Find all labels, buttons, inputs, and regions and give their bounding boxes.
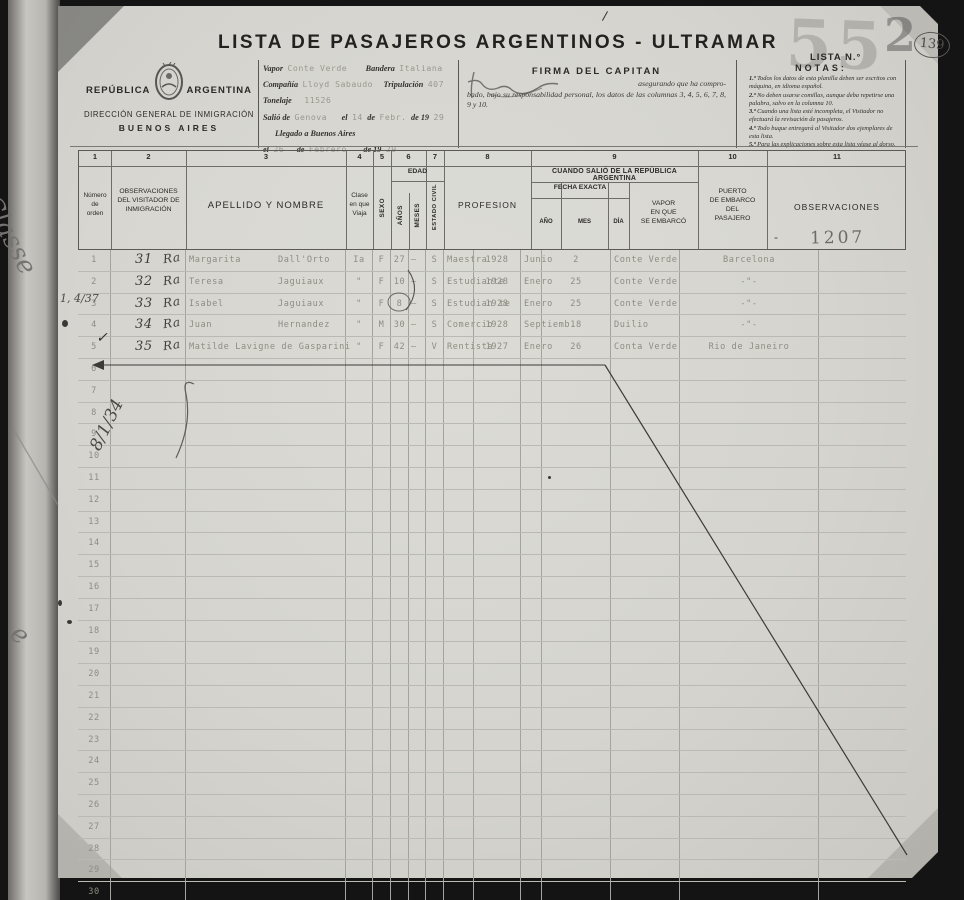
table-row: 13 xyxy=(78,512,906,534)
civil-state-cell xyxy=(425,359,443,380)
ink-blot xyxy=(62,320,68,327)
departure-month-cell xyxy=(520,468,541,489)
departure-vapor-cell xyxy=(610,686,679,707)
profession-cell xyxy=(443,446,473,467)
age-months-cell xyxy=(408,817,425,838)
col7-header: ESTADO CIVIL xyxy=(426,166,444,249)
visitor-initials: Ra xyxy=(162,312,182,335)
departure-vapor-cell: Conte Verde xyxy=(610,250,679,271)
departure-month-cell: Enero xyxy=(520,272,541,293)
visitor-note-number: 31 xyxy=(135,250,153,271)
row-number-cell: 29 xyxy=(78,860,110,881)
column-number: 9 xyxy=(531,152,698,161)
departure-month-cell xyxy=(520,664,541,685)
city-label: BUENOS AIRES xyxy=(80,123,258,133)
departure-day-cell xyxy=(541,817,610,838)
embark-port-cell xyxy=(679,359,819,380)
visitor-observation-cell: 32Ra xyxy=(110,272,185,293)
departure-year-cell: 1928 xyxy=(473,315,520,336)
age-years-cell: 8 xyxy=(390,294,408,315)
departure-year-cell: 1928 xyxy=(473,250,520,271)
sex-cell xyxy=(372,512,390,533)
anos-header: AÑOS xyxy=(391,182,409,249)
age-months-cell: – xyxy=(408,315,425,336)
sex-cell xyxy=(372,642,390,663)
civil-state-cell xyxy=(425,577,443,598)
profession-cell xyxy=(443,621,473,642)
row-number-cell: 1 xyxy=(78,250,110,271)
visitor-observation-cell xyxy=(110,381,185,402)
age-years-cell xyxy=(390,730,408,751)
table-rows: 131RaMargaritaDall'OrtoIaF27–SMaestra192… xyxy=(78,250,906,900)
name-cell xyxy=(185,642,345,663)
visitor-initials: Ra xyxy=(162,269,182,292)
table-row: 14 xyxy=(78,533,906,555)
departure-year-cell xyxy=(473,512,520,533)
civil-state-cell: S xyxy=(425,294,443,315)
nota-item: 1.ª Todos los datos de esta planilla deb… xyxy=(749,75,902,92)
age-months-cell xyxy=(408,359,425,380)
age-months-cell xyxy=(408,446,425,467)
col2-header: OBSERVACIONESDEL VISITADOR DEINMIGRACIÓN xyxy=(111,187,186,214)
column-number: 10 xyxy=(698,152,767,161)
departure-vapor-cell xyxy=(610,839,679,860)
visitor-initials: Ra xyxy=(162,290,182,313)
departure-year-cell xyxy=(473,446,520,467)
departure-day-cell: 25 xyxy=(541,294,610,315)
row-number-cell: 15 xyxy=(78,555,110,576)
profession-cell xyxy=(443,882,473,900)
table-row: 16 xyxy=(78,577,906,599)
previous-page-edge xyxy=(8,0,60,900)
row5-checkmark: ✓ xyxy=(96,330,108,346)
el-label: el xyxy=(342,113,348,122)
class-cell xyxy=(345,424,372,445)
civil-state-cell xyxy=(425,773,443,794)
embark-port-cell xyxy=(679,381,819,402)
class-cell xyxy=(345,882,372,900)
civil-state-cell xyxy=(425,446,443,467)
class-cell xyxy=(345,795,372,816)
nota-item: 3.ª Cuando una lista esté incompleta, el… xyxy=(749,108,902,125)
class-cell xyxy=(345,512,372,533)
column-number: 8 xyxy=(444,152,531,161)
age-months-cell xyxy=(408,555,425,576)
departure-day-cell xyxy=(541,424,610,445)
departure-vapor-cell xyxy=(610,860,679,881)
row-number-cell: 26 xyxy=(78,795,110,816)
civil-state-cell xyxy=(425,817,443,838)
ink-speck xyxy=(67,620,72,624)
mes-header: MES xyxy=(561,219,608,225)
age-months-cell xyxy=(408,468,425,489)
embark-port-cell: -"- xyxy=(679,315,819,336)
table-row: 23 xyxy=(78,730,906,752)
departure-year-cell xyxy=(473,730,520,751)
visitor-observation-cell xyxy=(110,860,185,881)
departure-month-cell xyxy=(520,860,541,881)
table-row: 19 xyxy=(78,642,906,664)
class-cell xyxy=(345,599,372,620)
profession-cell: Estudiante xyxy=(443,272,473,293)
sex-cell: F xyxy=(372,272,390,293)
departure-day-cell xyxy=(541,708,610,729)
row-number-cell: 24 xyxy=(78,751,110,772)
table-row: 131RaMargaritaDall'OrtoIaF27–SMaestra192… xyxy=(78,250,906,272)
age-months-cell xyxy=(408,882,425,900)
table-row: 434RaJuanHernandez"M30–SComercio1928Sept… xyxy=(78,315,906,337)
departure-day-cell xyxy=(541,730,610,751)
col8-header: PROFESION xyxy=(444,201,531,210)
embark-port-cell xyxy=(679,490,819,511)
departure-year-cell xyxy=(473,424,520,445)
sex-cell xyxy=(372,795,390,816)
tripulacion-value: 407 xyxy=(428,79,444,89)
name-cell xyxy=(185,708,345,729)
visitor-observation-cell xyxy=(110,751,185,772)
ship-info-box: Vapor Conte Verde Bandera Italiana Compa… xyxy=(258,60,456,148)
civil-state-cell xyxy=(425,882,443,900)
class-cell xyxy=(345,686,372,707)
civil-state-cell xyxy=(425,599,443,620)
sex-cell: F xyxy=(372,294,390,315)
tonelaje-label: Tonelaje xyxy=(263,96,292,105)
col5-header: SEXO xyxy=(373,166,391,249)
age-years-cell xyxy=(390,403,408,424)
embark-port-cell xyxy=(679,446,819,467)
visitor-initials: Ra xyxy=(162,334,182,357)
age-months-cell xyxy=(408,577,425,598)
name-cell xyxy=(185,446,345,467)
given-name: Isabel xyxy=(189,299,224,309)
republica-label: REPÚBLICA xyxy=(86,85,150,96)
visitor-observation-cell xyxy=(110,555,185,576)
age-years-cell xyxy=(390,359,408,380)
departure-day-cell xyxy=(541,839,610,860)
table-row: 8 xyxy=(78,403,906,425)
visitor-observation-cell xyxy=(110,773,185,794)
name-cell xyxy=(185,860,345,881)
visitor-observation-cell xyxy=(110,730,185,751)
row-number-cell: 20 xyxy=(78,664,110,685)
salio-month: Febr. xyxy=(379,112,406,122)
sex-cell xyxy=(372,599,390,620)
profession-cell: Estudian te xyxy=(443,294,473,315)
civil-state-cell xyxy=(425,468,443,489)
departure-month-cell xyxy=(520,795,541,816)
row-number-cell: 12 xyxy=(78,490,110,511)
departure-month-cell xyxy=(520,686,541,707)
visitor-observation-cell xyxy=(110,424,185,445)
departure-month-cell xyxy=(520,403,541,424)
civil-state-cell xyxy=(425,642,443,663)
departure-vapor-cell xyxy=(610,577,679,598)
departure-vapor-cell xyxy=(610,490,679,511)
given-name: Teresa xyxy=(189,277,224,287)
civil-state-cell: S xyxy=(425,315,443,336)
departure-day-cell xyxy=(541,359,610,380)
table-header: 1234567891011NúmerodeordenOBSERVACIONESD… xyxy=(78,150,906,250)
departure-vapor-cell xyxy=(610,642,679,663)
column-number: 4 xyxy=(346,152,373,161)
row-number-cell: 21 xyxy=(78,686,110,707)
profession-cell xyxy=(443,468,473,489)
embark-port-cell xyxy=(679,839,819,860)
departure-vapor-cell: Conte Verde xyxy=(610,272,679,293)
tonelaje-value: 11526 xyxy=(304,95,331,105)
obs-pen-dash: - xyxy=(774,230,778,244)
table-row: 29 xyxy=(78,860,906,882)
departure-month-cell xyxy=(520,599,541,620)
visitor-initials: Ra xyxy=(162,247,182,270)
embark-port-cell: Barcelona xyxy=(679,250,819,271)
name-cell xyxy=(185,773,345,794)
notas-title: NOTAS: xyxy=(737,63,905,73)
departure-year-cell xyxy=(473,642,520,663)
row-number-cell: 30 xyxy=(78,882,110,900)
civil-state-cell xyxy=(425,490,443,511)
profession-cell xyxy=(443,839,473,860)
given-name: Margarita xyxy=(189,255,241,265)
name-cell xyxy=(185,730,345,751)
col9-group-header: CUANDO SALIÓ DE LA REPÚBLICA ARGENTINA xyxy=(531,168,698,183)
sex-cell xyxy=(372,664,390,685)
visitor-observation-cell xyxy=(110,533,185,554)
age-months-cell xyxy=(408,490,425,511)
visitor-observation-cell xyxy=(110,490,185,511)
departure-month-cell xyxy=(520,424,541,445)
corner-cut-top-right xyxy=(920,6,938,24)
visitor-observation-cell xyxy=(110,839,185,860)
civil-state-cell xyxy=(425,708,443,729)
departure-year-cell xyxy=(473,621,520,642)
departure-month-cell xyxy=(520,533,541,554)
profession-cell xyxy=(443,751,473,772)
departure-month-cell: Septiemb. xyxy=(520,315,541,336)
llegado-label: Llegado a Buenos Aires xyxy=(275,129,355,138)
table-row: 9 xyxy=(78,424,906,446)
embark-port-cell xyxy=(679,751,819,772)
class-cell: " xyxy=(345,272,372,293)
col4-header: Claseen queViaja xyxy=(346,191,373,218)
profession-cell xyxy=(443,730,473,751)
nota-item: 2.ª No deben usarse comillas, aunque deb… xyxy=(749,92,902,109)
age-years-cell xyxy=(390,773,408,794)
row-number-cell: 11 xyxy=(78,468,110,489)
visitor-observation-cell: 31Ra xyxy=(110,250,185,271)
name-cell xyxy=(185,533,345,554)
name-cell xyxy=(185,403,345,424)
departure-month-cell xyxy=(520,446,541,467)
visitor-note-number: 32 xyxy=(135,272,153,293)
name-cell xyxy=(185,512,345,533)
table-row: 27 xyxy=(78,817,906,839)
table-row: 28 xyxy=(78,839,906,861)
column-number: 1 xyxy=(79,152,111,161)
visitor-observation-cell: 35Ra xyxy=(110,337,185,358)
visitor-observation-cell xyxy=(110,446,185,467)
departure-year-cell xyxy=(473,359,520,380)
name-cell xyxy=(185,621,345,642)
age-years-cell: 42 xyxy=(390,337,408,358)
ano-header: AÑO xyxy=(531,219,561,225)
class-cell xyxy=(345,577,372,598)
sex-cell xyxy=(372,555,390,576)
meses-header: MESES xyxy=(409,182,426,249)
nota-item: 4.ª Todo buque entregará al Visitador do… xyxy=(749,125,902,142)
dia-header: DÍA xyxy=(608,219,629,225)
embark-port-cell xyxy=(679,403,819,424)
visitor-observation-cell xyxy=(110,882,185,900)
departure-day-cell: 2 xyxy=(541,250,610,271)
departure-vapor-cell xyxy=(610,751,679,772)
table-row: 20 xyxy=(78,664,906,686)
embark-port-cell xyxy=(679,642,819,663)
embark-port-cell xyxy=(679,730,819,751)
department-label: DIRECCIÓN GENERAL DE INMIGRACIÓN xyxy=(80,110,258,119)
salio-label: Salió de xyxy=(263,113,290,122)
civil-state-cell xyxy=(425,424,443,445)
class-cell xyxy=(345,555,372,576)
name-cell xyxy=(185,424,345,445)
age-months-cell xyxy=(408,686,425,707)
profession-cell xyxy=(443,424,473,445)
departure-month-cell xyxy=(520,490,541,511)
departure-day-cell: 18 xyxy=(541,315,610,336)
age-months-cell xyxy=(408,533,425,554)
class-cell xyxy=(345,403,372,424)
row-number-cell: 22 xyxy=(78,708,110,729)
profession-cell xyxy=(443,359,473,380)
column-separator xyxy=(767,151,768,249)
civil-state-cell: S xyxy=(425,250,443,271)
age-months-cell: – xyxy=(408,272,425,293)
col10-header: PUERTODE EMBARCODELPASAJERO xyxy=(698,187,767,223)
col1-header: Númerodeorden xyxy=(79,191,111,218)
age-years-cell xyxy=(390,817,408,838)
departure-vapor-cell xyxy=(610,468,679,489)
embark-port-cell xyxy=(679,599,819,620)
pen-tick-mark: / xyxy=(601,8,609,24)
age-years-cell xyxy=(390,424,408,445)
table-row: 30 xyxy=(78,882,906,900)
issuer-box: REPÚBLICA ARGENTINA DIRECCIÓN GENERAL DE… xyxy=(80,60,258,148)
departure-month-cell xyxy=(520,882,541,900)
departure-vapor-cell xyxy=(610,773,679,794)
name-cell xyxy=(185,751,345,772)
departure-day-cell xyxy=(541,621,610,642)
row-number-cell: 25 xyxy=(78,773,110,794)
departure-day-cell xyxy=(541,642,610,663)
row-number-cell: 7 xyxy=(78,381,110,402)
embark-port-cell xyxy=(679,686,819,707)
visitor-observation-cell xyxy=(110,686,185,707)
name-cell xyxy=(185,490,345,511)
column-number: 11 xyxy=(767,152,907,161)
departure-vapor-cell: Duilio xyxy=(610,315,679,336)
visitor-observation-cell: 34Ra xyxy=(110,315,185,336)
profession-cell xyxy=(443,664,473,685)
table-row: 21 xyxy=(78,686,906,708)
table-row: 7 xyxy=(78,381,906,403)
embark-port-cell xyxy=(679,664,819,685)
departure-day-cell xyxy=(541,599,610,620)
sex-cell xyxy=(372,751,390,772)
name-cell xyxy=(185,381,345,402)
name-cell: JuanHernandez xyxy=(185,315,345,336)
age-months-cell xyxy=(408,381,425,402)
age-years-cell xyxy=(390,686,408,707)
paper-speck xyxy=(548,476,551,479)
surname: Jaguiaux xyxy=(278,272,324,293)
sex-cell: M xyxy=(372,315,390,336)
passenger-list-page: 55 LISTA DE PASAJEROS ARGENTINOS - ULTRA… xyxy=(58,6,938,878)
departure-year-cell xyxy=(473,708,520,729)
sex-cell xyxy=(372,860,390,881)
embark-port-cell xyxy=(679,621,819,642)
class-cell xyxy=(345,839,372,860)
departure-year-cell xyxy=(473,795,520,816)
sex-cell: F xyxy=(372,337,390,358)
sex-cell xyxy=(372,533,390,554)
civil-state-cell xyxy=(425,839,443,860)
civil-state-cell xyxy=(425,664,443,685)
age-years-cell xyxy=(390,599,408,620)
table-row: 26 xyxy=(78,795,906,817)
departure-year-cell xyxy=(473,751,520,772)
table-row: 24 xyxy=(78,751,906,773)
departure-month-cell: Junio xyxy=(520,250,541,271)
departure-vapor-cell xyxy=(610,817,679,838)
visitor-observation-cell xyxy=(110,664,185,685)
departure-year-cell xyxy=(473,403,520,424)
sex-cell: F xyxy=(372,250,390,271)
age-months-cell xyxy=(408,860,425,881)
sex-cell xyxy=(372,359,390,380)
embark-port-cell xyxy=(679,555,819,576)
visitor-observation-cell xyxy=(110,621,185,642)
departure-vapor-cell xyxy=(610,795,679,816)
profession-cell xyxy=(443,403,473,424)
departure-year-cell xyxy=(473,773,520,794)
col11-header: OBSERVACIONES xyxy=(767,203,907,212)
visitor-observation-cell xyxy=(110,359,185,380)
vapor-label: Vapor xyxy=(263,64,283,73)
age-months-cell xyxy=(408,642,425,663)
embark-port-cell xyxy=(679,424,819,445)
vapor-embarco-header: VAPOREN QUESE EMBARCÓ xyxy=(629,199,698,226)
table-row: 18 xyxy=(78,621,906,643)
name-cell: TeresaJaguiaux xyxy=(185,272,345,293)
profession-cell xyxy=(443,773,473,794)
column-number: 3 xyxy=(186,152,346,161)
table-row: 333RaIsabelJaguiaux"F8–SEstudian te1928E… xyxy=(78,294,906,316)
age-years-cell: 27 xyxy=(390,250,408,271)
class-cell xyxy=(345,359,372,380)
table-row: 22 xyxy=(78,708,906,730)
class-cell xyxy=(345,642,372,663)
table-row: 17 xyxy=(78,599,906,621)
profession-cell xyxy=(443,642,473,663)
visitor-observation-cell xyxy=(110,708,185,729)
row-number-cell: 14 xyxy=(78,533,110,554)
visitor-observation-cell: 33Ra xyxy=(110,294,185,315)
age-years-cell: 30 xyxy=(390,315,408,336)
name-cell xyxy=(185,795,345,816)
class-cell xyxy=(345,381,372,402)
row-number-cell: 18 xyxy=(78,621,110,642)
departure-vapor-cell xyxy=(610,512,679,533)
